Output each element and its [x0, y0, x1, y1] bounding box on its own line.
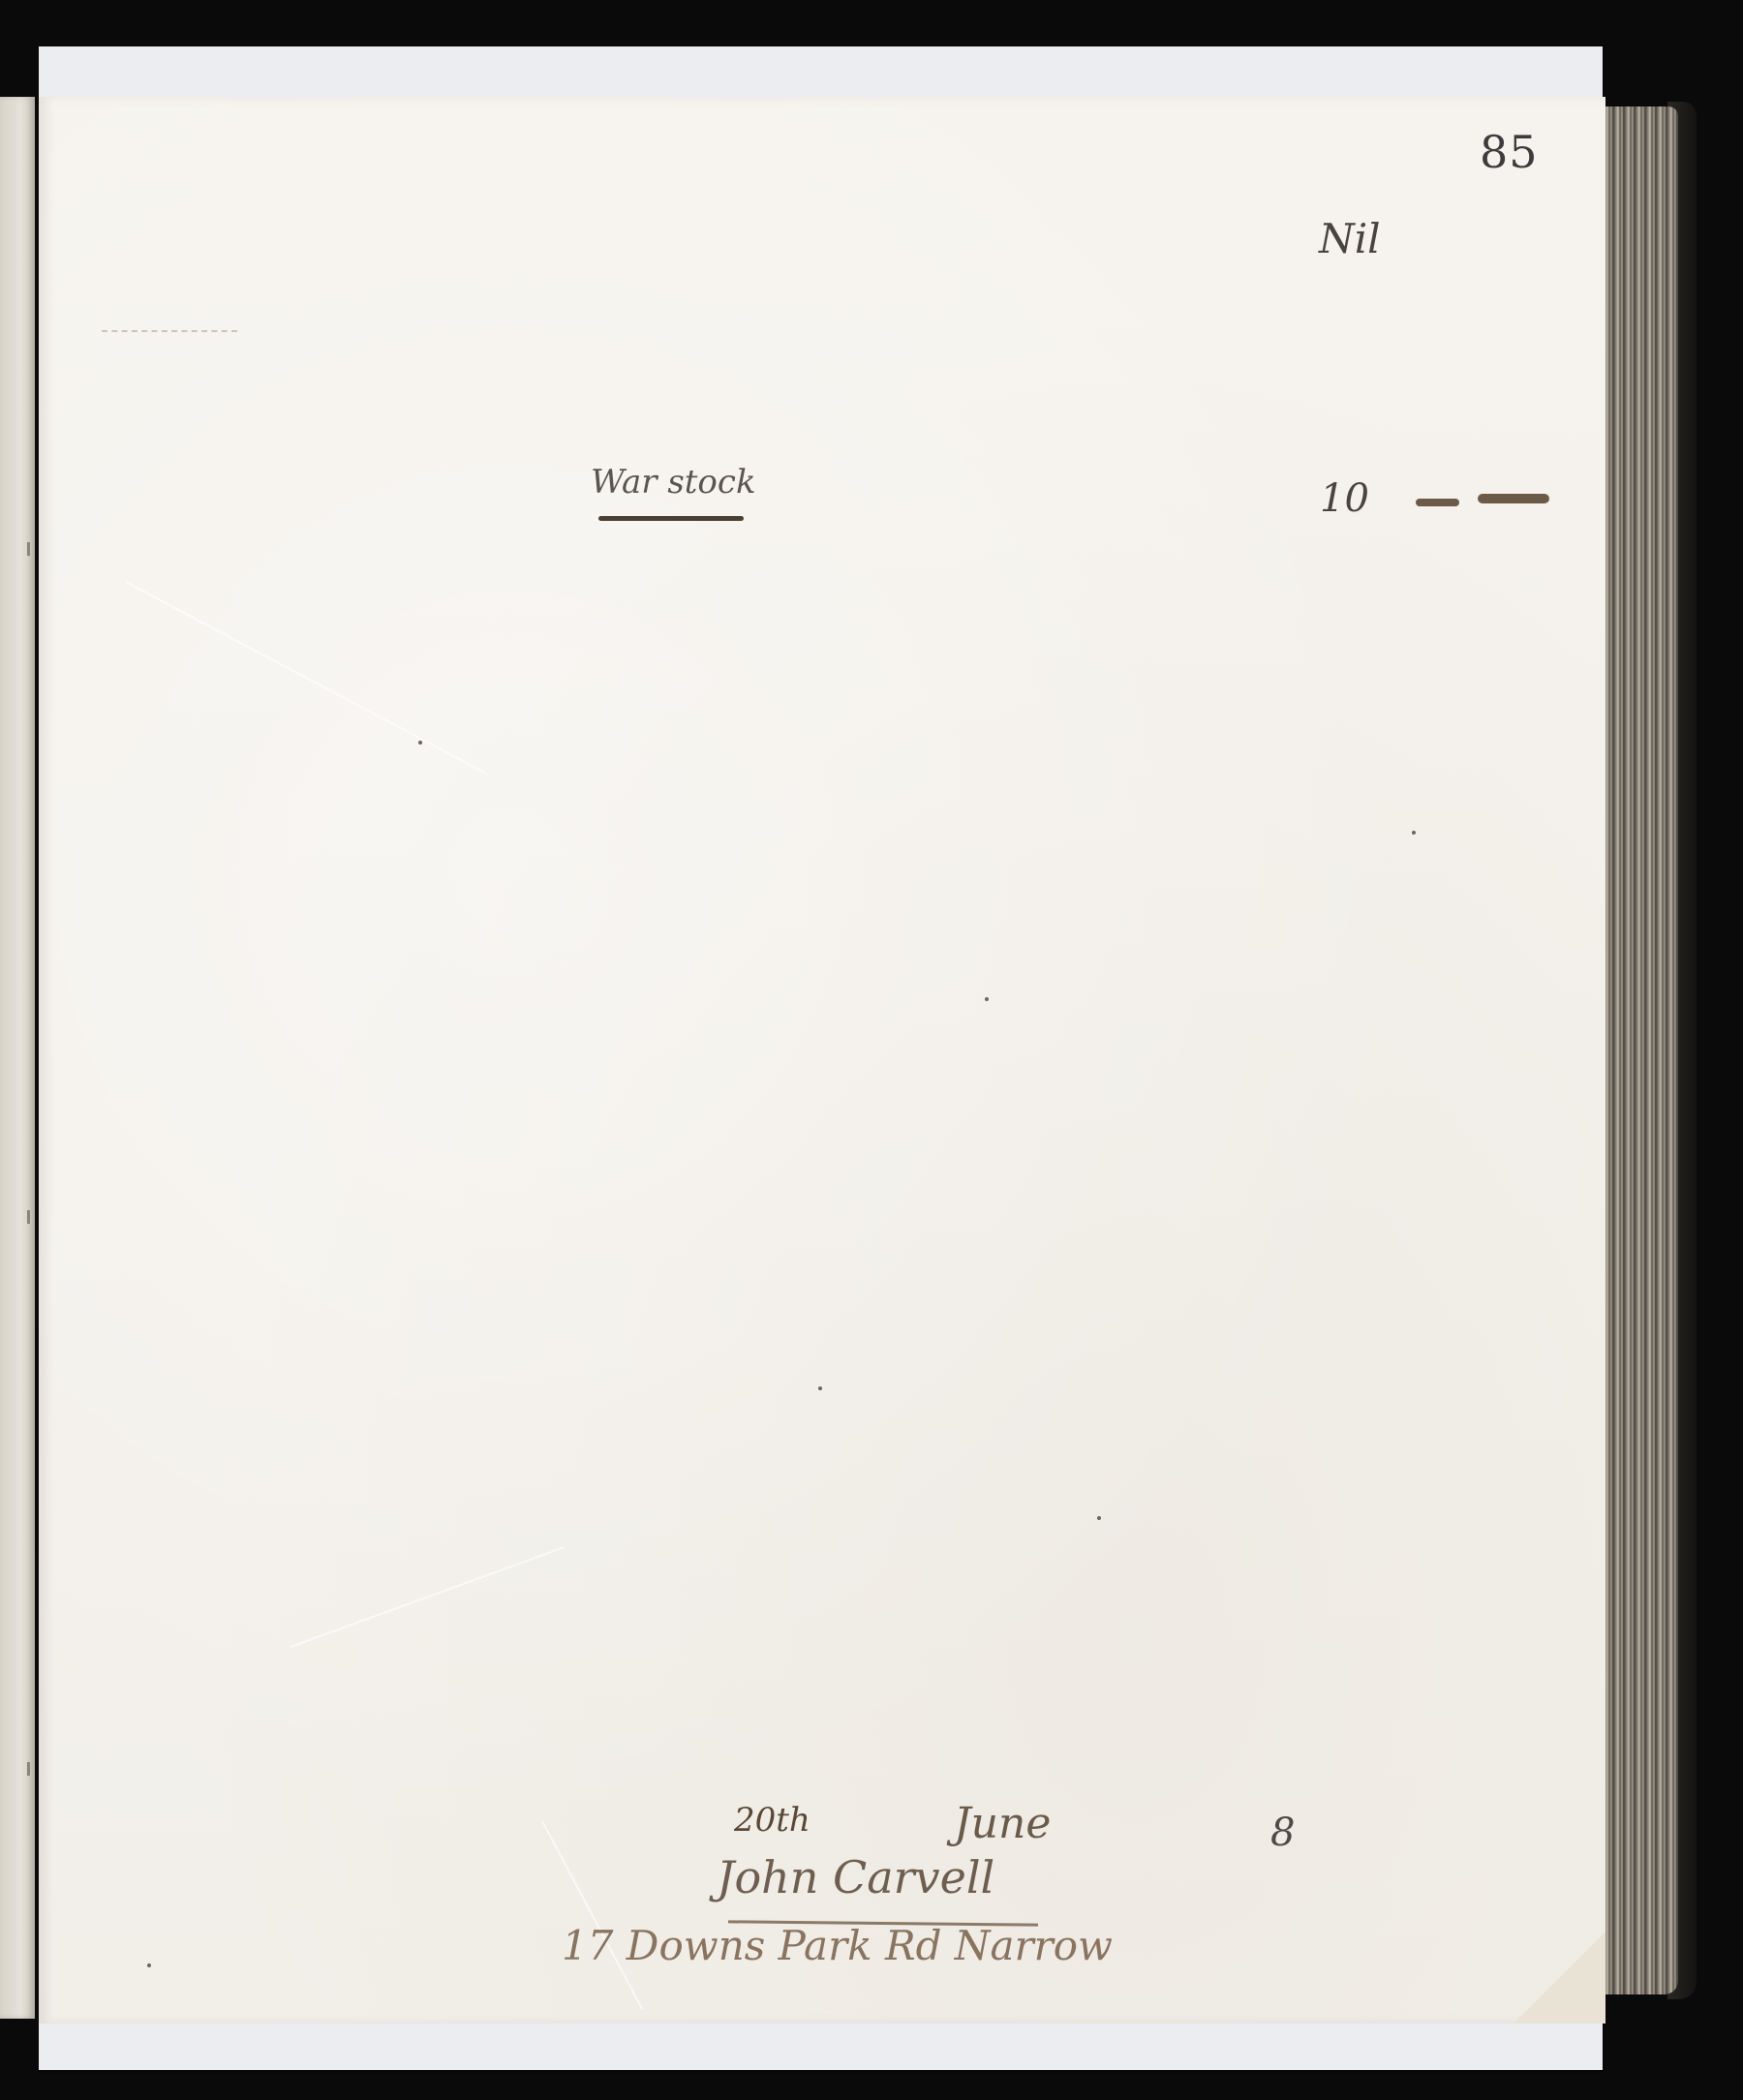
- footer-side-number: 8: [1270, 1811, 1295, 1855]
- binding-stitch: [27, 1762, 30, 1776]
- entry-label-underline: [598, 516, 744, 521]
- paper-speck: [147, 1963, 151, 1967]
- footer-date-day: 20th: [734, 1801, 810, 1840]
- book-page-edges: [1603, 107, 1678, 1994]
- facing-page-edge: [0, 97, 35, 2019]
- footer-date-month: June: [954, 1799, 1051, 1848]
- amount-dash: [1416, 499, 1459, 506]
- faint-ruled-marks: [102, 330, 237, 332]
- amount-dash: [1478, 494, 1549, 503]
- page-number: 85: [1480, 126, 1539, 178]
- ledger-page: [39, 97, 1605, 2024]
- binding-stitch: [27, 1210, 30, 1224]
- paper-speck: [1097, 1516, 1101, 1520]
- entry-amount: 10: [1320, 476, 1369, 521]
- entry-label: War stock: [591, 463, 756, 502]
- folded-corner: [1514, 1932, 1605, 2024]
- paper-speck: [1412, 831, 1416, 835]
- footer-signature: John Carvell: [717, 1851, 994, 1903]
- paper-speck: [818, 1386, 822, 1390]
- header-note-nil: Nil: [1319, 215, 1381, 262]
- paper-speck: [985, 997, 989, 1001]
- paper-speck: [418, 741, 422, 745]
- binding-stitch: [27, 542, 30, 556]
- footer-address: 17 Downs Park Rd Narrow: [562, 1922, 1113, 1969]
